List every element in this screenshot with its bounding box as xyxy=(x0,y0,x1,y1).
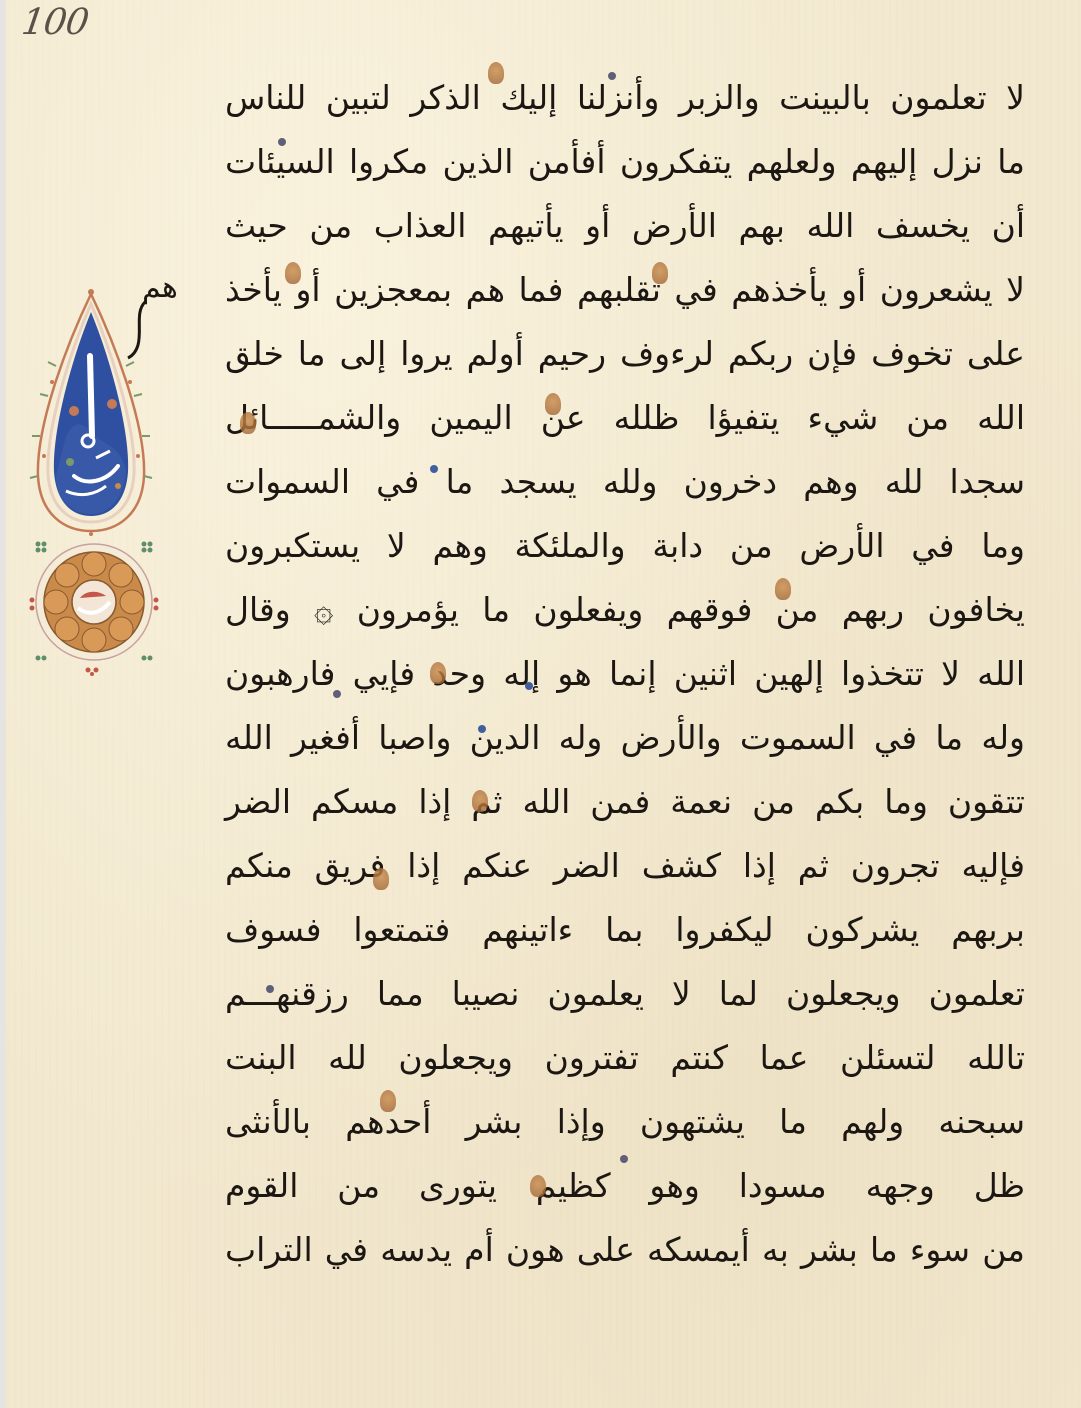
text-line-3: أن يخسف الله بهم الأرض أو يأتيهم العذاب … xyxy=(225,198,1025,254)
text-line-1: لا تعلمون بالبينت والزبر وأنزلنا إليك ال… xyxy=(225,70,1025,126)
verse-marker-icon xyxy=(545,393,561,415)
vowel-dot xyxy=(608,72,616,80)
text-line-19: من سوء ما بشر به أيمسكه على هون أم يدسه … xyxy=(225,1222,1025,1278)
text-line-17: سبحنه ولهم ما يشتهون وإذا بشر أحدهم بالأ… xyxy=(225,1094,1025,1150)
vowel-dot xyxy=(478,725,486,733)
verse-marker-icon xyxy=(488,62,504,84)
text-line-16: تالله لتسئلن عما كنتم تفترون ويجعلون لله… xyxy=(225,1030,1025,1086)
text-line-6: الله من شيء يتفيؤا ظلله عن اليمين والشمـ… xyxy=(225,390,1025,446)
text-line-13: فإليه تجرون ثم إذا كشف الضر عنكم إذا فري… xyxy=(225,838,1025,894)
text-line-18: ظل وجهه مسودا وهو كظيم يتورى من القوم xyxy=(225,1158,1025,1214)
verse-marker-icon xyxy=(380,1090,396,1112)
text-line-4: لا يشعرون أو يأخذهم في تقلبهم فما هم بمع… xyxy=(225,262,1025,318)
verse-marker-icon xyxy=(652,262,668,284)
verse-marker-icon xyxy=(285,262,301,284)
text-line-15: تعلمون ويجعلون لما لا يعلمون نصيبا مما ر… xyxy=(225,966,1025,1022)
vowel-dot xyxy=(333,690,341,698)
page-edge xyxy=(0,0,6,1408)
text-line-2: ما نزل إليهم ولعلهم يتفكرون أفأمن الذين … xyxy=(225,134,1025,190)
text-line-11: وله ما في السموت والأرض وله الدين واصبا … xyxy=(225,710,1025,766)
text-line-10: الله لا تتخذوا إلهين اثنين إنما هو إله و… xyxy=(225,646,1025,702)
verse-marker-icon xyxy=(530,1175,546,1197)
verse-marker-icon xyxy=(240,412,256,434)
verse-marker-icon xyxy=(775,578,791,600)
vowel-dot xyxy=(278,138,286,146)
text-line-12: تتقون وما بكم من نعمة فمن الله ثم إذا مس… xyxy=(225,774,1025,830)
vowel-dot xyxy=(430,465,438,473)
rosette-medallion-icon xyxy=(28,536,160,676)
teardrop-illumination-icon xyxy=(26,286,156,536)
vowel-dot xyxy=(266,985,274,993)
folio-number: 100 xyxy=(19,2,90,43)
vowel-dot xyxy=(620,1155,628,1163)
manuscript-page: 100 هم xyxy=(0,0,1081,1408)
verse-marker-icon xyxy=(373,868,389,890)
text-line-7: سجدا لله وهم دخرون ولله يسجد ما في السمو… xyxy=(225,454,1025,510)
text-line-14: بربهم يشركون ليكفروا بما ءاتينهم فتمتعوا… xyxy=(225,902,1025,958)
text-line-9: يخافون ربهم من فوقهم ويفعلون ما يؤمرون ۞… xyxy=(225,582,1025,638)
verse-marker-icon xyxy=(430,662,446,684)
vowel-dot xyxy=(525,682,533,690)
verse-marker-icon xyxy=(472,790,488,812)
text-line-8: وما في الأرض من دابة والملئكة وهم لا يست… xyxy=(225,518,1025,574)
text-line-5: على تخوف فإن ربكم لرءوف رحيم أولم يروا إ… xyxy=(225,326,1025,382)
